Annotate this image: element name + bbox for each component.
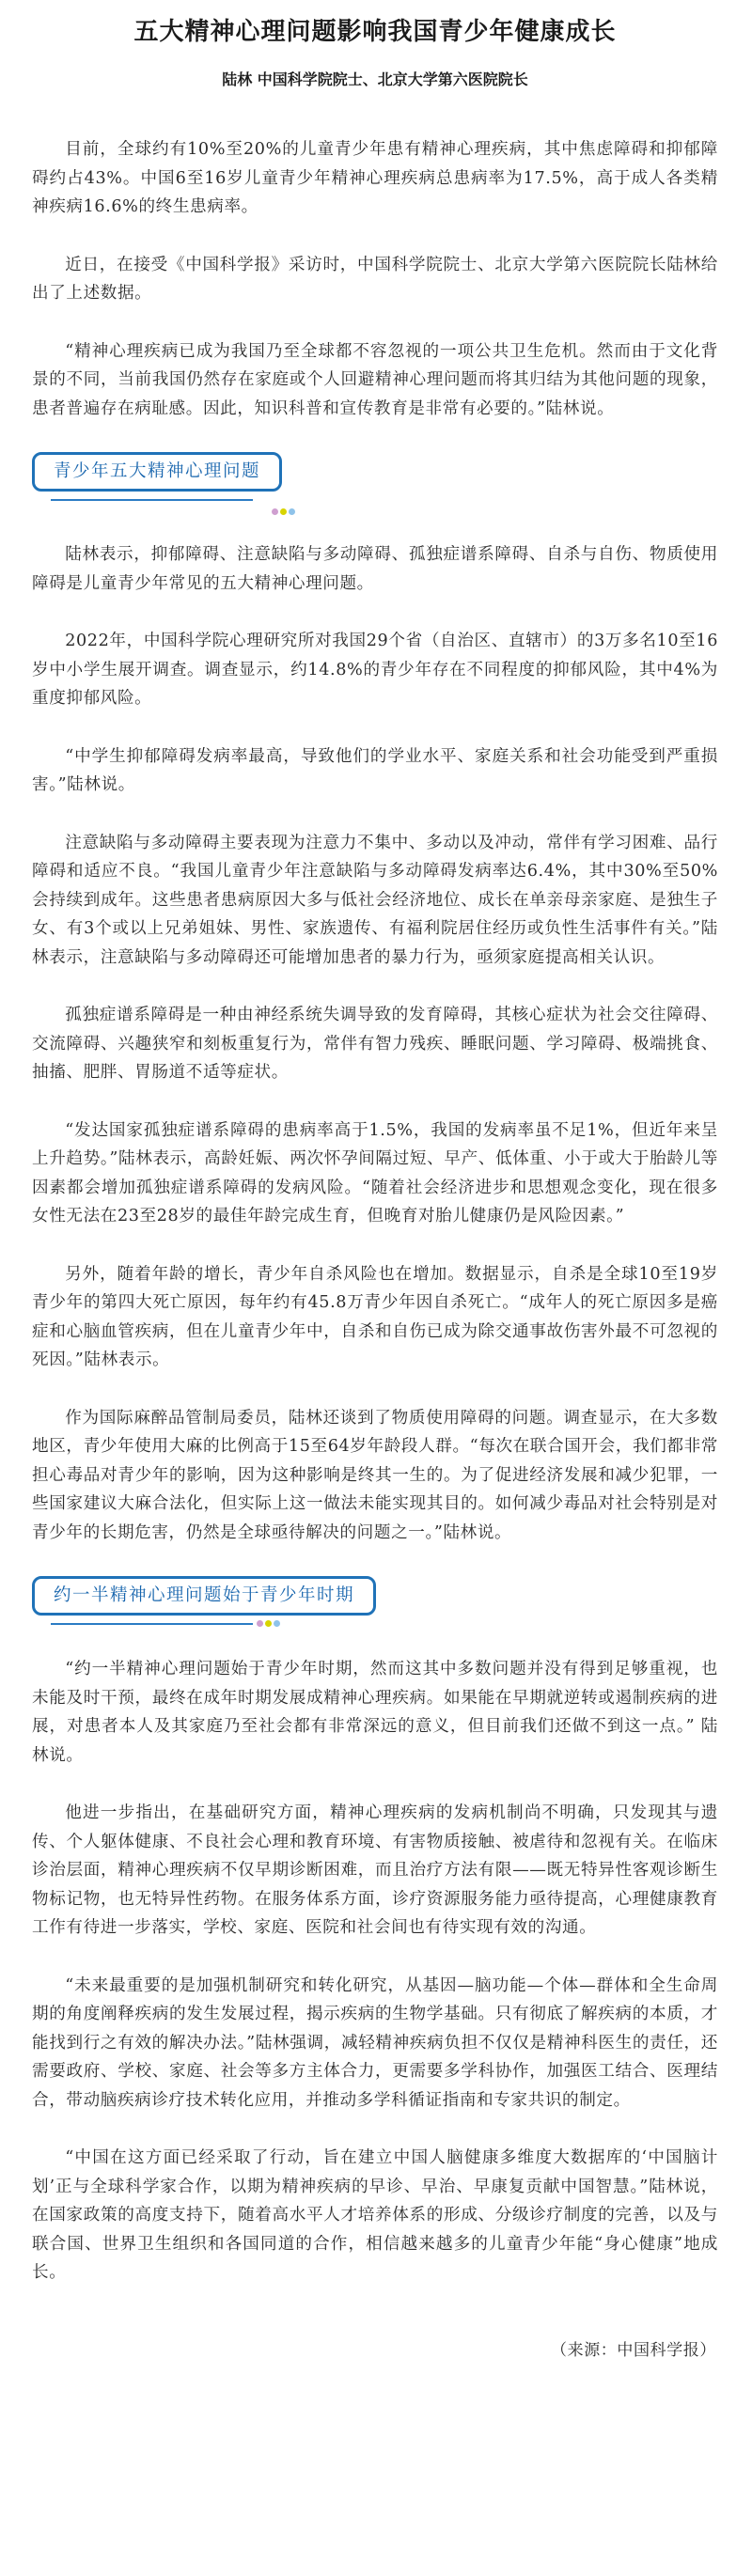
dot-blue	[289, 508, 295, 515]
section-underline	[51, 1623, 253, 1625]
paragraph: “发达国家孤独症谱系障碍的患病率高于1.5%，我国的发病率虽不足1%，但近年来呈…	[32, 1116, 718, 1231]
article-title: 五大精神心理问题影响我国青少年健康成长	[32, 0, 718, 51]
section-heading-1: 青少年五大精神心理问题	[32, 452, 718, 512]
paragraph: “约一半精神心理问题始于青少年时期，然而这其中多数问题并没有得到足够重视，也未能…	[32, 1655, 718, 1770]
dot-pink	[272, 508, 278, 515]
paragraph: “精神心理疾病已成为我国乃至全球都不容忽视的一项公共卫生危机。然而由于文化背景的…	[32, 337, 718, 424]
dot-yellow	[280, 508, 287, 515]
dot-pink	[257, 1620, 263, 1627]
article-source: （来源：中国科学报）	[32, 2336, 718, 2360]
paragraph: 陆林表示，抑郁障碍、注意缺陷与多动障碍、孤独症谱系障碍、自杀与自伤、物质使用障碍…	[32, 540, 718, 598]
section-heading-box: 约一半精神心理问题始于青少年时期	[32, 1576, 376, 1616]
article: 五大精神心理问题影响我国青少年健康成长 陆林 中国科学院院士、北京大学第六医院院…	[0, 0, 752, 2360]
paragraph: 近日，在接受《中国科学报》采访时，中国科学院院士、北京大学第六医院院长陆林给出了…	[32, 251, 718, 308]
decorative-dots-icon	[272, 508, 295, 515]
paragraph: 作为国际麻醉品管制局委员，陆林还谈到了物质使用障碍的问题。调查显示，在大多数地区…	[32, 1404, 718, 1548]
section-heading-box: 青少年五大精神心理问题	[32, 452, 282, 492]
paragraph: 孤独症谱系障碍是一种由神经系统失调导致的发育障碍，其核心症状为社会交往障碍、交流…	[32, 1001, 718, 1087]
paragraph: “中学生抑郁障碍发病率最高，导致他们的学业水平、家庭关系和社会功能受到严重损害。…	[32, 742, 718, 800]
article-byline: 陆林 中国科学院院士、北京大学第六医院院长	[32, 70, 718, 90]
paragraph: “中国在这方面已经采取了行动，旨在建立中国人脑健康多维度大数据库的‘中国脑计划’…	[32, 2144, 718, 2287]
paragraph: 他进一步指出，在基础研究方面，精神心理疾病的发病机制尚不明确，只发现其与遗传、个…	[32, 1799, 718, 1943]
section-heading-text: 约一半精神心理问题始于青少年时期	[54, 1585, 354, 1605]
section-underline	[51, 499, 253, 501]
paragraph: 2022年，中国科学院心理研究所对我国29个省（自治区、直辖市）的3万多名10至…	[32, 627, 718, 713]
decorative-dots-icon	[257, 1620, 280, 1627]
paragraph: 注意缺陷与多动障碍主要表现为注意力不集中、多动以及冲动，常伴有学习困难、品行障碍…	[32, 829, 718, 973]
section-heading-2: 约一半精神心理问题始于青少年时期	[32, 1576, 718, 1636]
section-heading-text: 青少年五大精神心理问题	[54, 461, 260, 481]
section-underline-row	[32, 492, 718, 512]
paragraph: 目前，全球约有10%至20%的儿童青少年患有精神心理疾病，其中焦虑障碍和抑郁障碍…	[32, 135, 718, 222]
paragraph: “未来最重要的是加强机制研究和转化研究，从基因—脑功能—个体—群体和全生命周期的…	[32, 1972, 718, 2115]
section-underline-row	[32, 1616, 718, 1636]
dot-blue	[274, 1620, 280, 1627]
dot-yellow	[265, 1620, 272, 1627]
paragraph: 另外，随着年龄的增长，青少年自杀风险也在增加。数据显示，自杀是全球10至19岁青…	[32, 1260, 718, 1375]
